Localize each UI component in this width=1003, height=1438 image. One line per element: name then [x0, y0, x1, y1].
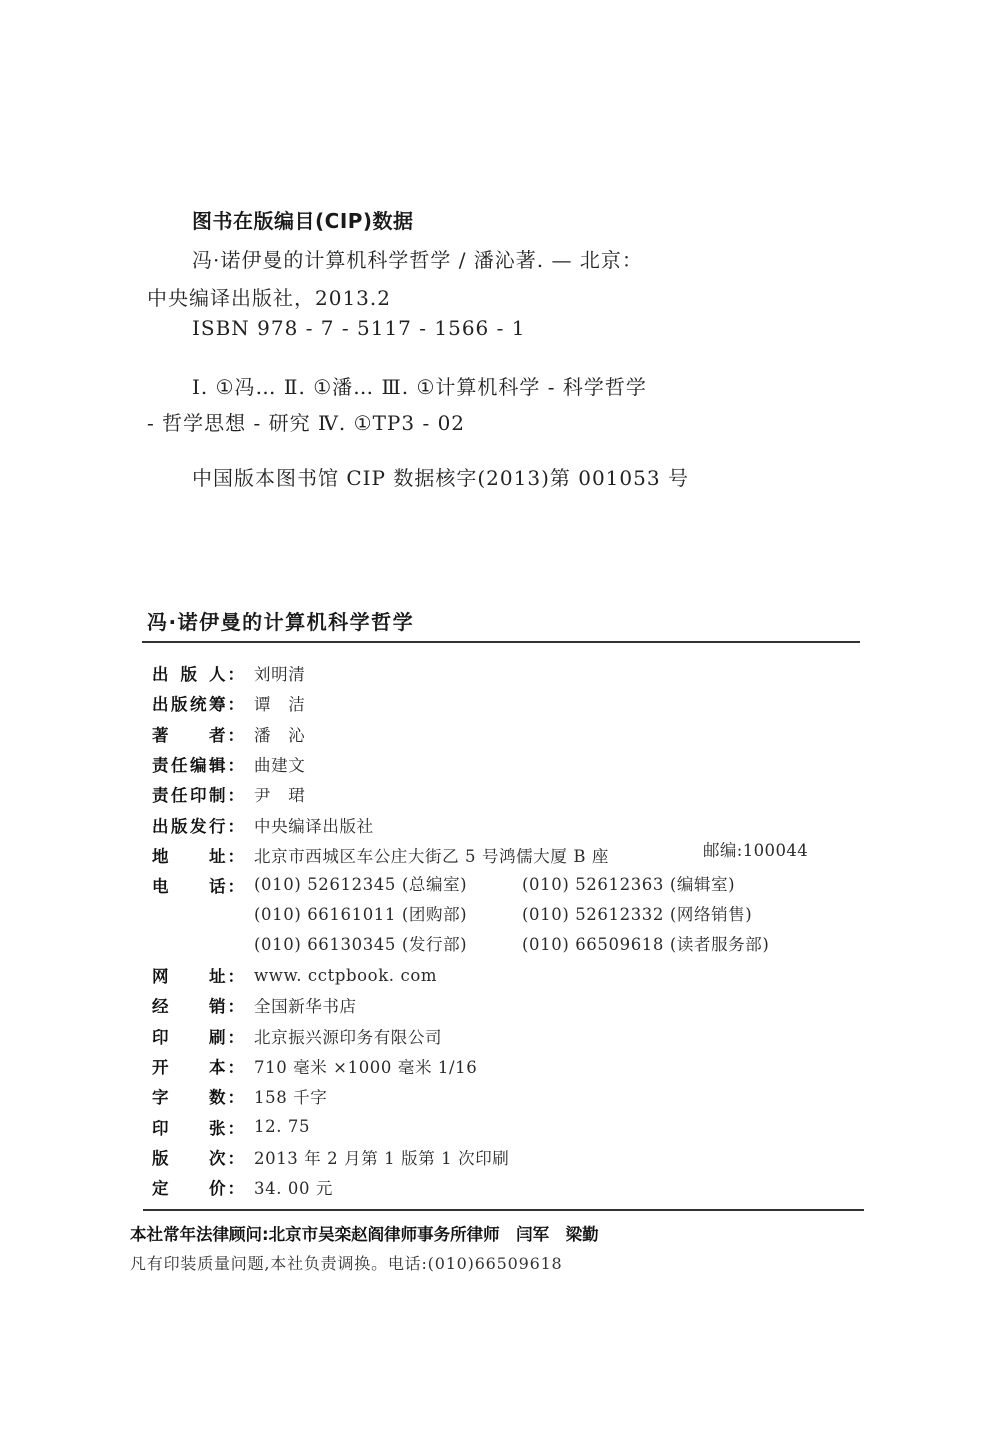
label-char: 制 [209, 782, 226, 806]
label-colon: ： [228, 963, 245, 987]
colophon-value: 谭 洁 [254, 691, 305, 715]
phone-editorial: (010) 52612363 (编辑室) [522, 871, 735, 895]
label-char: 销 [209, 993, 226, 1017]
label-char: 人 [209, 661, 226, 685]
colophon-value: 潘 沁 [254, 722, 305, 746]
phone-online-sales: (010) 52612332 (网络销售) [522, 901, 752, 925]
cip-isbn-line: ISBN 978 - 7 - 5117 - 1566 - 1 [192, 316, 525, 340]
label-char: 印 [190, 782, 207, 806]
label-colon: ： [228, 661, 245, 685]
legal-counsel: 本社常年法律顾问:北京市吴栾赵阎律师事务所律师 闫军 梁勤 [130, 1221, 599, 1245]
colophon-row: 版次：2013 年 2 月第 1 版第 1 次印刷 [152, 1144, 509, 1170]
label-colon: ： [228, 782, 245, 806]
phone-reader-service: (010) 66509618 (读者服务部) [522, 931, 769, 955]
colophon-row: 字数：158 千字 [152, 1083, 327, 1109]
postal-code: 邮编:100044 [703, 837, 808, 861]
colophon-label: 经销： [152, 993, 244, 1017]
phone-group-purchase: (010) 66161011 (团购部) [254, 901, 467, 925]
label-char: 价 [209, 1175, 226, 1199]
label-char: 任 [171, 752, 188, 776]
colophon-label: 定价： [152, 1175, 244, 1199]
label-char: 印 [152, 1024, 169, 1048]
label-char: 地 [152, 843, 169, 867]
colophon-row: 责任印制：尹 珺 [152, 781, 305, 807]
label-char: 辑 [209, 752, 226, 776]
colophon-label: 印张： [152, 1115, 244, 1139]
label-char: 出 [152, 813, 169, 837]
colophon-row: 经销：全国新华书店 [152, 992, 357, 1018]
cip-classification-line-1: I. ①冯… Ⅱ. ①潘… Ⅲ. ①计算机科学 - 科学哲学 [192, 371, 647, 400]
colophon-label: 印刷： [152, 1024, 244, 1048]
phone-editor-in-chief: (010) 52612345 (总编室) [254, 871, 467, 895]
colophon-value: 刘明清 [254, 661, 305, 685]
label-char: 电 [152, 873, 169, 897]
label-colon: ： [228, 1054, 245, 1078]
colophon-value[interactable]: www. cctpbook. com [254, 966, 437, 985]
colophon-row: 电话： [152, 872, 254, 898]
colophon-row: 印张：12. 75 [152, 1114, 310, 1140]
label-char: 责 [152, 782, 169, 806]
label-colon: ： [228, 722, 245, 746]
colophon-row: 印刷：北京振兴源印务有限公司 [152, 1023, 442, 1049]
label-char: 责 [152, 752, 169, 776]
colophon-value: 710 毫米 ×1000 毫米 1/16 [254, 1054, 477, 1078]
colophon-row: 出版发行：中央编译出版社 [152, 812, 374, 838]
label-char: 任 [171, 782, 188, 806]
colophon-value: 158 千字 [254, 1084, 327, 1108]
colophon-label: 出版统筹： [152, 691, 244, 715]
colophon-value: 北京振兴源印务有限公司 [254, 1024, 442, 1048]
colophon-value: 12. 75 [254, 1117, 310, 1136]
label-colon: ： [228, 993, 245, 1017]
label-char: 版 [152, 1145, 169, 1169]
label-colon: ： [228, 873, 245, 897]
colophon-row: 地址：北京市西城区车公庄大街乙 5 号鸿儒大厦 B 座 [152, 842, 609, 868]
label-char: 版 [171, 691, 188, 715]
book-title: 冯·诺伊曼的计算机科学哲学 [147, 606, 414, 635]
colophon-value: 北京市西城区车公庄大街乙 5 号鸿儒大厦 B 座 [254, 843, 609, 867]
label-char: 话 [209, 873, 226, 897]
colophon-label: 网址： [152, 963, 244, 987]
colophon-row: 开本：710 毫米 ×1000 毫米 1/16 [152, 1053, 477, 1079]
quality-notice: 凡有印装质量问题,本社负责调换。电话:(010)66509618 [130, 1251, 563, 1274]
label-char: 字 [152, 1084, 169, 1108]
cip-classification-line-2: - 哲学思想 - 研究 Ⅳ. ①TP3 - 02 [147, 407, 465, 436]
label-char: 开 [152, 1054, 169, 1078]
label-char: 址 [209, 843, 226, 867]
label-colon: ： [228, 843, 245, 867]
colophon-label: 出版人： [152, 661, 244, 685]
label-char: 行 [209, 813, 226, 837]
label-char: 网 [152, 963, 169, 987]
label-char: 本 [209, 1054, 226, 1078]
colophon-label: 版次： [152, 1145, 244, 1169]
colophon-label: 字数： [152, 1084, 244, 1108]
colophon-row: 网址：www. cctpbook. com [152, 962, 437, 988]
label-colon: ： [228, 691, 245, 715]
colophon-value: 全国新华书店 [254, 993, 357, 1017]
label-char: 次 [209, 1145, 226, 1169]
colophon-row: 出版人：刘明清 [152, 660, 305, 686]
label-colon: ： [228, 1115, 245, 1139]
label-char: 刷 [209, 1024, 226, 1048]
bottom-divider [143, 1209, 864, 1211]
label-colon: ： [228, 1024, 245, 1048]
colophon-label: 出版发行： [152, 813, 244, 837]
colophon-label: 地址： [152, 843, 244, 867]
cip-record-number: 中国版本图书馆 CIP 数据核字(2013)第 001053 号 [192, 462, 689, 491]
colophon-label: 电话： [152, 873, 244, 897]
cip-heading: 图书在版编目(CIP)数据 [192, 205, 414, 234]
label-colon: ： [228, 1145, 245, 1169]
cip-publisher-line: 中央编译出版社，2013.2 [147, 282, 391, 311]
label-char: 编 [190, 752, 207, 776]
label-colon: ： [228, 813, 245, 837]
colophon-label: 开本： [152, 1054, 244, 1078]
colophon-row: 责任编辑：曲建文 [152, 751, 305, 777]
label-char: 址 [209, 963, 226, 987]
label-char: 发 [190, 813, 207, 837]
label-char: 经 [152, 993, 169, 1017]
colophon-row: 出版统筹：谭 洁 [152, 690, 305, 716]
label-colon: ： [228, 752, 245, 776]
label-char: 者 [209, 722, 226, 746]
colophon-value: 中央编译出版社 [254, 813, 374, 837]
colophon-label: 责任印制： [152, 782, 244, 806]
label-char: 出 [152, 661, 169, 685]
label-colon: ： [228, 1084, 245, 1108]
colophon-value: 34. 00 元 [254, 1175, 333, 1199]
label-char: 张 [209, 1115, 226, 1139]
label-char: 筹 [209, 691, 226, 715]
colophon-value: 曲建文 [254, 752, 305, 776]
cip-title-line: 冯·诺伊曼的计算机科学哲学 / 潘沁著. — 北京： [192, 244, 643, 273]
label-char: 统 [190, 691, 207, 715]
label-char: 版 [171, 813, 188, 837]
label-char: 定 [152, 1175, 169, 1199]
colophon-value: 2013 年 2 月第 1 版第 1 次印刷 [254, 1145, 509, 1169]
colophon-value: 尹 珺 [254, 782, 305, 806]
label-char: 印 [152, 1115, 169, 1139]
label-char: 出 [152, 691, 169, 715]
label-char: 著 [152, 722, 169, 746]
phone-distribution: (010) 66130345 (发行部) [254, 931, 467, 955]
colophon-row: 定价：34. 00 元 [152, 1174, 333, 1200]
label-char: 版 [181, 661, 198, 685]
top-divider [142, 641, 860, 643]
label-colon: ： [228, 1175, 245, 1199]
label-char: 数 [209, 1084, 226, 1108]
colophon-label: 著者： [152, 722, 244, 746]
colophon-label: 责任编辑： [152, 752, 244, 776]
colophon-row: 著者：潘 沁 [152, 721, 305, 747]
